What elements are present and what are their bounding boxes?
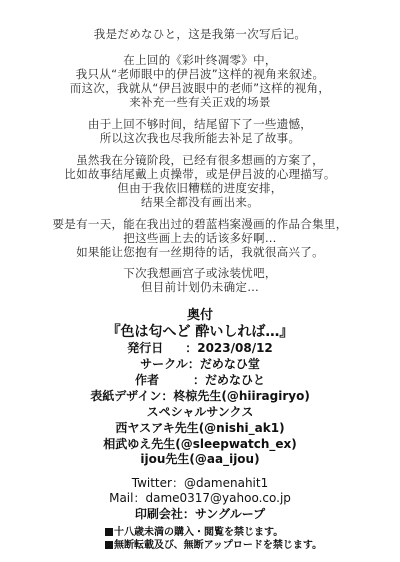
afterword-line: 要是有一天，能在我出过的碧蓝档案漫画的作品合集里，: [0, 219, 400, 231]
afterword-line: 结果全都没有画出来。: [0, 197, 400, 209]
afterword-line: 我是だめなひと，这是我第一次写后记。: [0, 29, 400, 41]
cover-design-row: 表紙デザイン：柊椋先生(@hiiragiryo): [0, 390, 400, 402]
publish-date-label: 発行日: [127, 341, 163, 355]
printer-company: 印刷会社：サングループ: [0, 508, 400, 520]
book-title: 『色は匂へど 酔いしれば…』: [0, 325, 400, 339]
author-label: 作者: [135, 373, 159, 387]
notice-text: 十八歳未満の購入・閲覧を禁じます。: [114, 527, 283, 538]
afterword-line: 比如故事结尾戴上贞操带，或是伊吕波的心理描写。: [0, 169, 400, 181]
afterword-line: 由于上回不够时间，结尾留下了一些遗憾，: [0, 119, 400, 131]
circle-label: サークル: [140, 357, 188, 371]
afterword-line: 来补充一些有关正戏的场景: [0, 97, 400, 109]
square-bullet-icon: [105, 541, 113, 549]
afterword-page: 我是だめなひと，这是我第一次写后记。 在上回的《彩叶终凋零》中， 我只从“老师眼…: [0, 0, 400, 562]
circle-value: ：だめなひ堂: [188, 357, 260, 371]
twitter-handle: Twitter：@damenahit1: [0, 477, 400, 489]
publish-date-row: 発行日：2023/08/12: [0, 342, 400, 354]
afterword-line: 下次我想画宫子或泳装忧吧，: [0, 268, 400, 280]
circle-row: サークル：だめなひ堂: [0, 358, 400, 370]
author-value: ：だめなひと: [193, 373, 265, 387]
reproduction-notice: 無断転載及び、無断アップロードを禁じます。: [105, 541, 322, 551]
cover-design-label: 表紙デザイン: [90, 389, 161, 403]
afterword-line: 如果能让您抱有一丝期待的话，我就很高兴了。: [0, 247, 400, 259]
colophon-heading: 奥付: [0, 309, 400, 322]
afterword-line: 但由于我依旧糟糕的进度安排，: [0, 183, 400, 195]
afterword-line: 但目前计划仍未确定…: [0, 282, 400, 294]
afterword-line: 而这次，我就从“伊吕波眼中的老师”这样的视角，: [0, 83, 400, 95]
cover-design-value: ：柊椋先生(@hiiragiryo): [161, 389, 309, 403]
afterword-line: 我只从“老师眼中的伊吕波”这样的视角来叙述。: [0, 69, 400, 81]
author-row: 作者：だめなひと: [0, 374, 400, 386]
publish-date-value: ：2023/08/12: [185, 341, 273, 355]
special-thanks-heading: スペシャルサンクス: [0, 406, 400, 418]
afterword-line: 所以这次我也尽我所能去补足了故事。: [0, 133, 400, 145]
afterword-line: 在上回的《彩叶终凋零》中，: [0, 55, 400, 67]
afterword-line: 把这些画上去的话该多好啊…: [0, 233, 400, 245]
mail-address: Mail：dame0317@yahoo.co.jp: [0, 492, 400, 504]
afterword-line: 虽然我在分镜阶段，已经有很多想画的方案了，: [0, 155, 400, 167]
special-thanks-item: 西ヤスアキ先生(@nishi_ak1): [0, 422, 400, 434]
square-bullet-icon: [105, 528, 113, 536]
notice-text: 無断転載及び、無断アップロードを禁じます。: [114, 540, 322, 551]
special-thanks-item: 相武ゆえ先生(@sleepwatch_ex): [0, 438, 400, 450]
special-thanks-item: ijou先生(@aa_ijou): [0, 453, 400, 465]
age-restriction-notice: 十八歳未満の購入・閲覧を禁じます。: [105, 528, 283, 538]
